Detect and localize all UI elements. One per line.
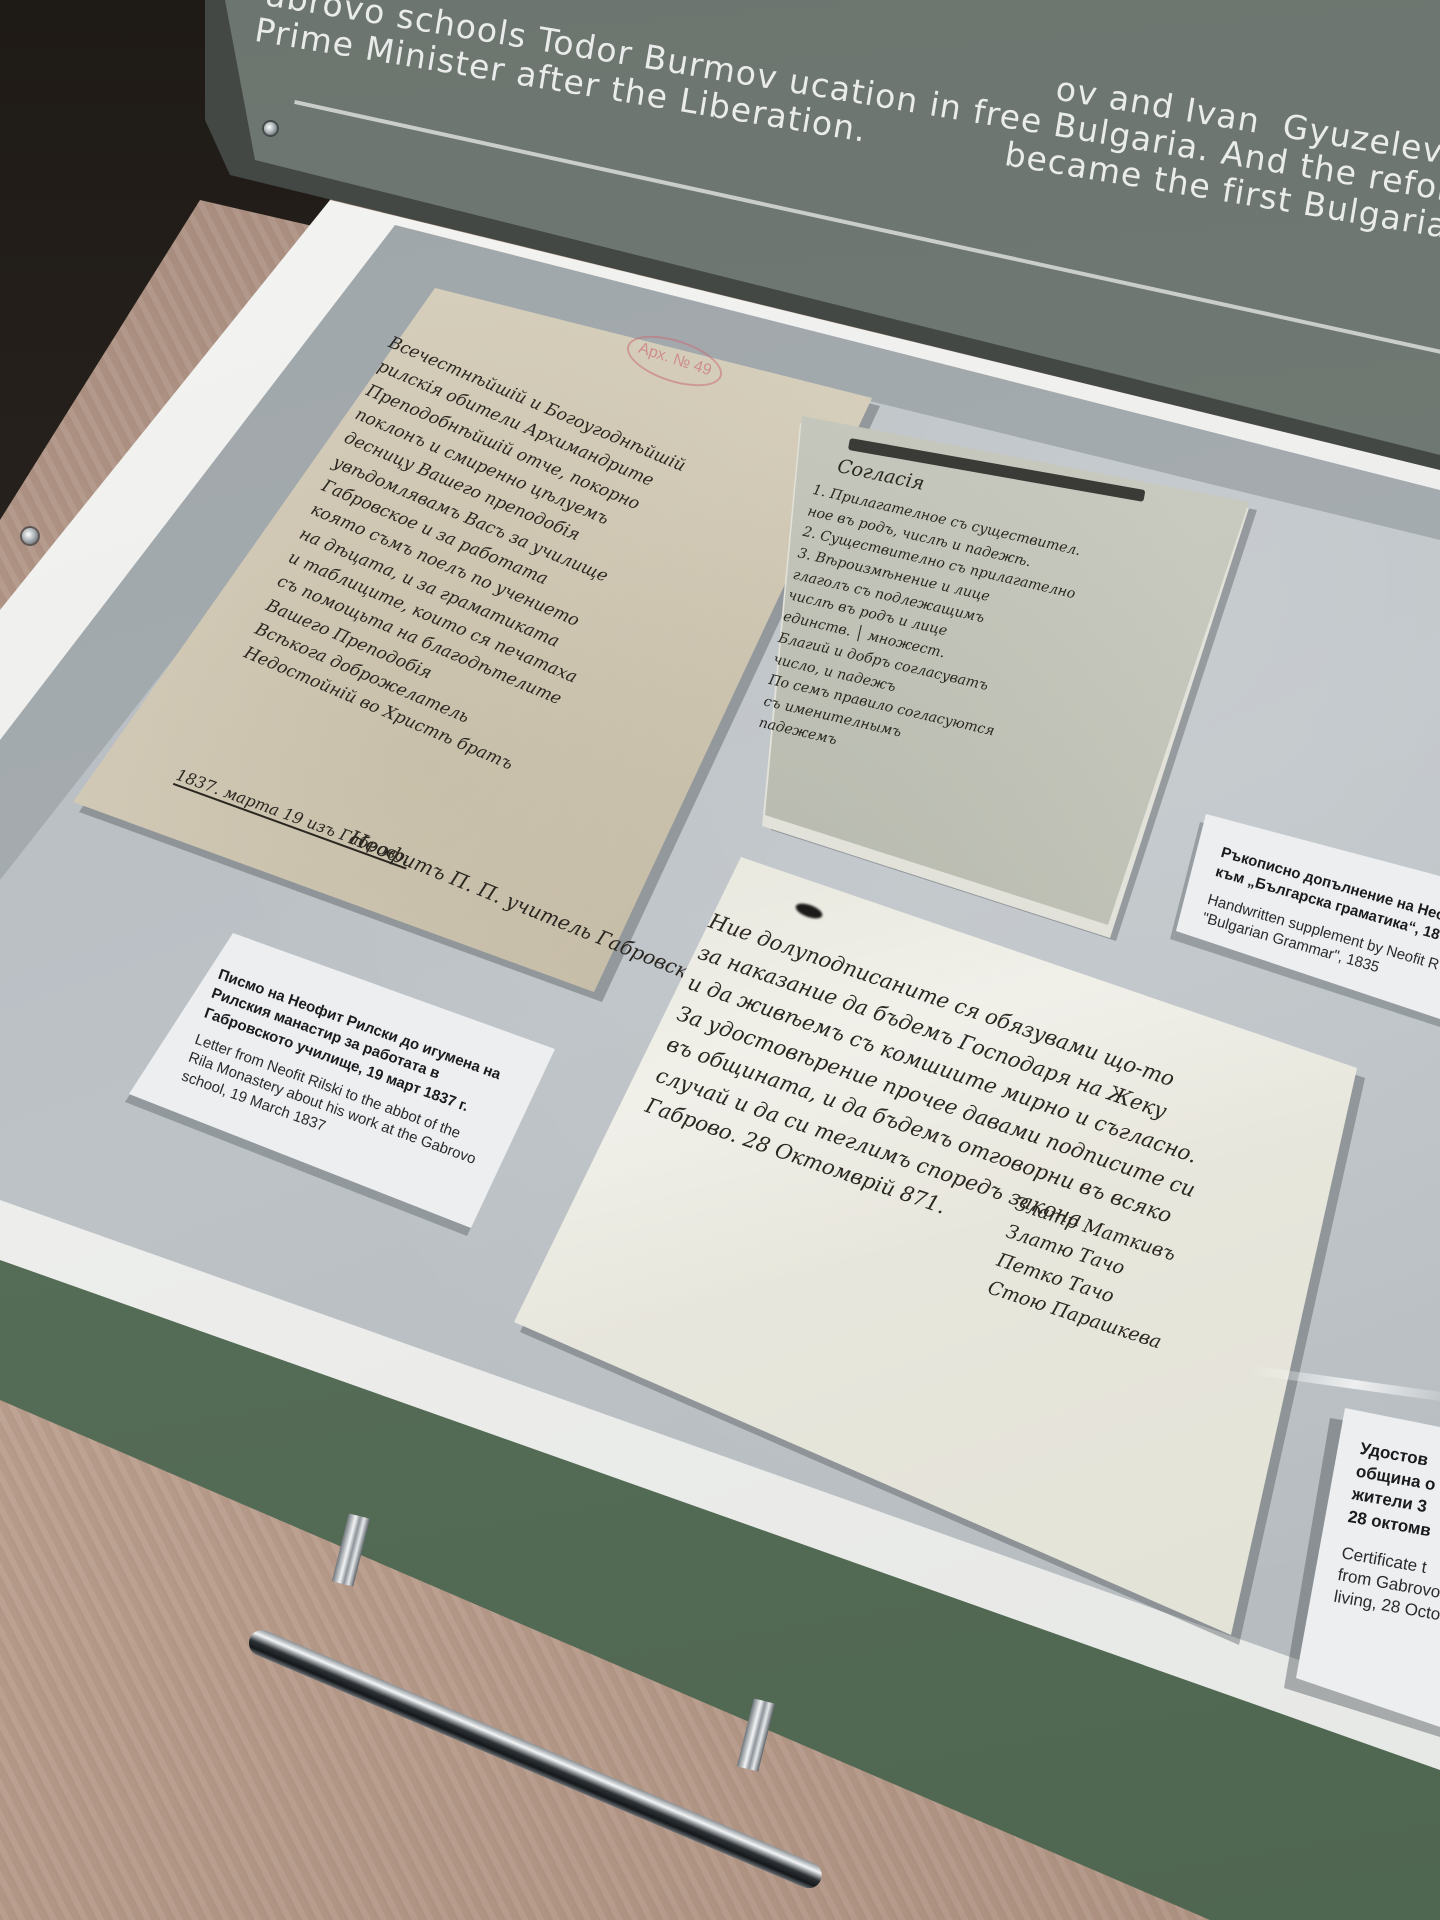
screw-icon xyxy=(264,122,277,135)
screw-icon xyxy=(22,528,38,544)
